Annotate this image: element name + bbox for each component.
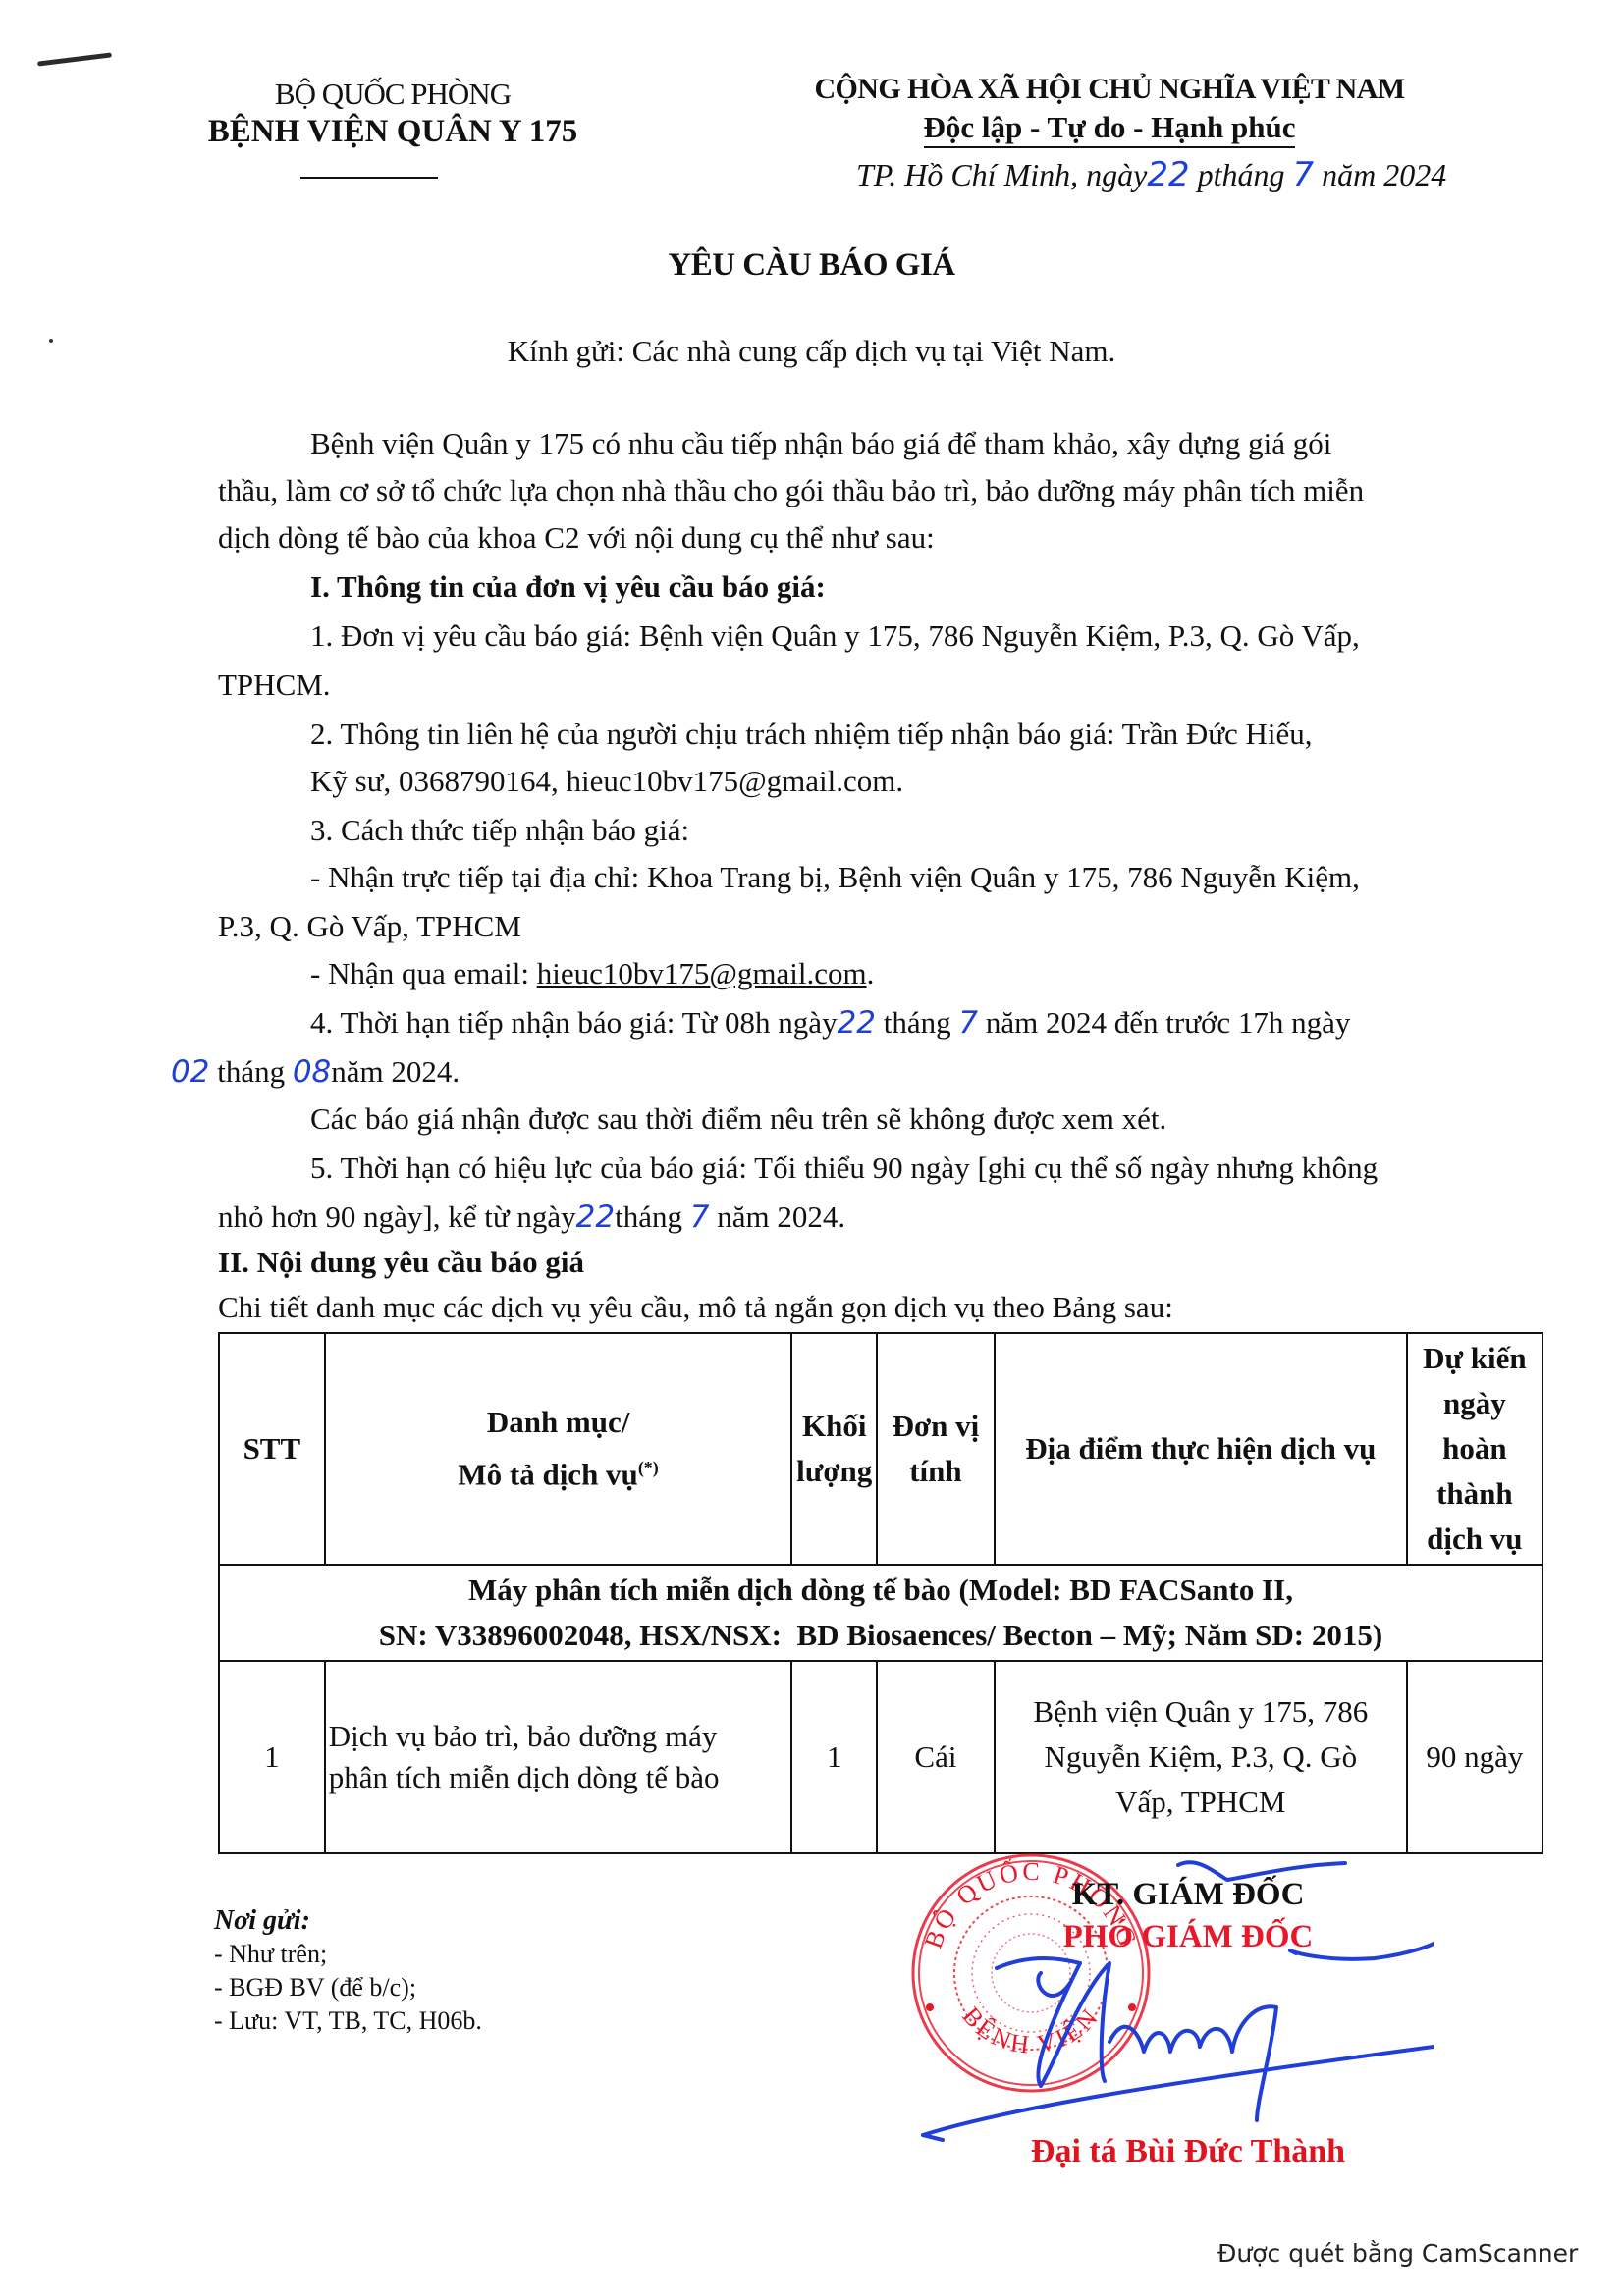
- table-row: 1 Dịch vụ bảo trì, bảo dưỡng máy phân tí…: [219, 1661, 1542, 1853]
- item-2-line-2: Kỹ sư, 0368790164, hieuc10bv175@gmail.co…: [218, 758, 1587, 805]
- item-5-line-2: nhỏ hơn 90 ngày], kể từ ngày22tháng 7 nă…: [218, 1194, 1494, 1241]
- item-3-email-line: - Nhận qua email: hieuc10bv175@gmail.com…: [218, 950, 1587, 997]
- header-quantity: Khối lượng: [791, 1333, 877, 1565]
- greeting: Kính gửi: Các nhà cung cấp dịch vụ tại V…: [0, 334, 1623, 369]
- row-description: Dịch vụ bảo trì, bảo dưỡng máy phân tích…: [325, 1661, 792, 1853]
- handwritten-signature-icon: [884, 1845, 1434, 2160]
- ministry-name: BỘ QUỐC PHÒNG: [157, 77, 628, 112]
- item-1-line-1: 1. Đơn vị yêu cầu báo giá: Bệnh viện Quâ…: [218, 613, 1587, 660]
- row-stt: 1: [219, 1661, 325, 1853]
- row-unit: Cái: [877, 1661, 995, 1853]
- handwritten-month: 7: [1292, 155, 1314, 194]
- intro-line-2: thầu, làm cơ sở tổ chức lựa chọn nhà thầ…: [218, 467, 1494, 514]
- header-location: Địa điểm thực hiện dịch vụ: [995, 1333, 1407, 1565]
- recipients-heading: Nơi gửi:: [214, 1904, 482, 1938]
- equipment-description: Máy phân tích miễn dịch dòng tế bào (Mod…: [219, 1565, 1542, 1661]
- item-3-direct-line-1: - Nhận trực tiếp tại địa chỉ: Khoa Trang…: [218, 854, 1587, 901]
- hospital-name: BỆNH VIỆN QUÂN Y 175: [157, 114, 628, 150]
- handwritten-start-day: 22: [838, 1005, 876, 1041]
- service-table: STT Danh mục/ Mô tả dịch vụ(*) Khối lượn…: [218, 1332, 1543, 1854]
- handwritten-end-month: 08: [293, 1054, 331, 1090]
- section-2-heading: II. Nội dung yêu cầu báo giá: [218, 1239, 1494, 1286]
- section-1-heading: I. Thông tin của đơn vị yêu cầu báo giá:: [218, 563, 1587, 611]
- issuer-block: BỘ QUỐC PHÒNG BỆNH VIỆN QUÂN Y 175: [157, 77, 628, 150]
- handwritten-day: 22: [1147, 155, 1189, 194]
- item-5-line-1: 5. Thời hạn có hiệu lực của báo giá: Tối…: [218, 1145, 1587, 1192]
- recipients-block: Nơi gửi: - Như trên; - BGĐ BV (để b/c); …: [214, 1904, 482, 2038]
- signer-name: Đại tá Bùi Đức Thành: [992, 2133, 1384, 2170]
- table-group-row: Máy phân tích miễn dịch dòng tế bào (Mod…: [219, 1565, 1542, 1661]
- item-4-note: Các báo giá nhận được sau thời điểm nêu …: [218, 1095, 1587, 1143]
- header-stt: STT: [219, 1333, 325, 1565]
- republic-name: CỘNG HÒA XÃ HỘI CHỦ NGHĨA VIỆT NAM: [776, 73, 1443, 106]
- row-completion: 90 ngày: [1407, 1661, 1542, 1853]
- header-completion: Dự kiến ngày hoàn thành dịch vụ: [1407, 1333, 1542, 1565]
- header-description: Danh mục/ Mô tả dịch vụ(*): [325, 1333, 792, 1565]
- item-4-line-1: 4. Thời hạn tiếp nhận báo giá: Từ 08h ng…: [218, 999, 1587, 1046]
- intro-line-3: dịch dòng tế bào của khoa C2 với nội dun…: [218, 514, 1494, 561]
- section-2-subtitle: Chi tiết danh mục các dịch vụ yêu cầu, m…: [218, 1284, 1494, 1331]
- handwritten-start-month: 7: [958, 1005, 978, 1041]
- intro-line-1: Bệnh viện Quân y 175 có nhu cầu tiếp nhậ…: [218, 420, 1587, 467]
- row-location: Bệnh viện Quân y 175, 786 Nguyễn Kiệm, P…: [995, 1661, 1407, 1853]
- scan-mark: [37, 52, 112, 66]
- email-link[interactable]: hieuc10bv175@gmail.com: [537, 956, 867, 990]
- handwritten-end-day: 02: [171, 1054, 209, 1090]
- document-title: YÊU CÀU BÁO GIÁ: [0, 247, 1623, 284]
- recipient-item: - Như trên;: [214, 1938, 482, 1971]
- document-date: TP. Hồ Chí Minh, ngày22 ptháng 7 năm 202…: [856, 155, 1446, 194]
- handwritten-valid-month: 7: [690, 1200, 710, 1235]
- recipient-item: - BGĐ BV (để b/c);: [214, 1971, 482, 2004]
- national-header: CỘNG HÒA XÃ HỘI CHỦ NGHĨA VIỆT NAM Độc l…: [776, 73, 1443, 148]
- item-3-direct-line-2: P.3, Q. Gò Vấp, TPHCM: [218, 903, 1494, 950]
- header-unit: Đơn vị tính: [877, 1333, 995, 1565]
- item-4-line-2: 02 tháng 08năm 2024.: [171, 1048, 1447, 1095]
- recipient-item: - Lưu: VT, TB, TC, H06b.: [214, 2004, 482, 2038]
- handwritten-valid-day: 22: [576, 1200, 615, 1235]
- item-2-line-1: 2. Thông tin liên hệ của người chịu trác…: [218, 711, 1587, 758]
- table-header-row: STT Danh mục/ Mô tả dịch vụ(*) Khối lượn…: [219, 1333, 1542, 1565]
- item-1-line-2: TPHCM.: [218, 662, 1494, 709]
- national-motto: Độc lập - Tự do - Hạnh phúc: [924, 110, 1296, 148]
- item-3-heading: 3. Cách thức tiếp nhận báo giá:: [218, 807, 1587, 854]
- hospital-underline: [300, 177, 438, 179]
- row-quantity: 1: [791, 1661, 877, 1853]
- scanner-watermark: Được quét bằng CamScanner: [1217, 2239, 1578, 2268]
